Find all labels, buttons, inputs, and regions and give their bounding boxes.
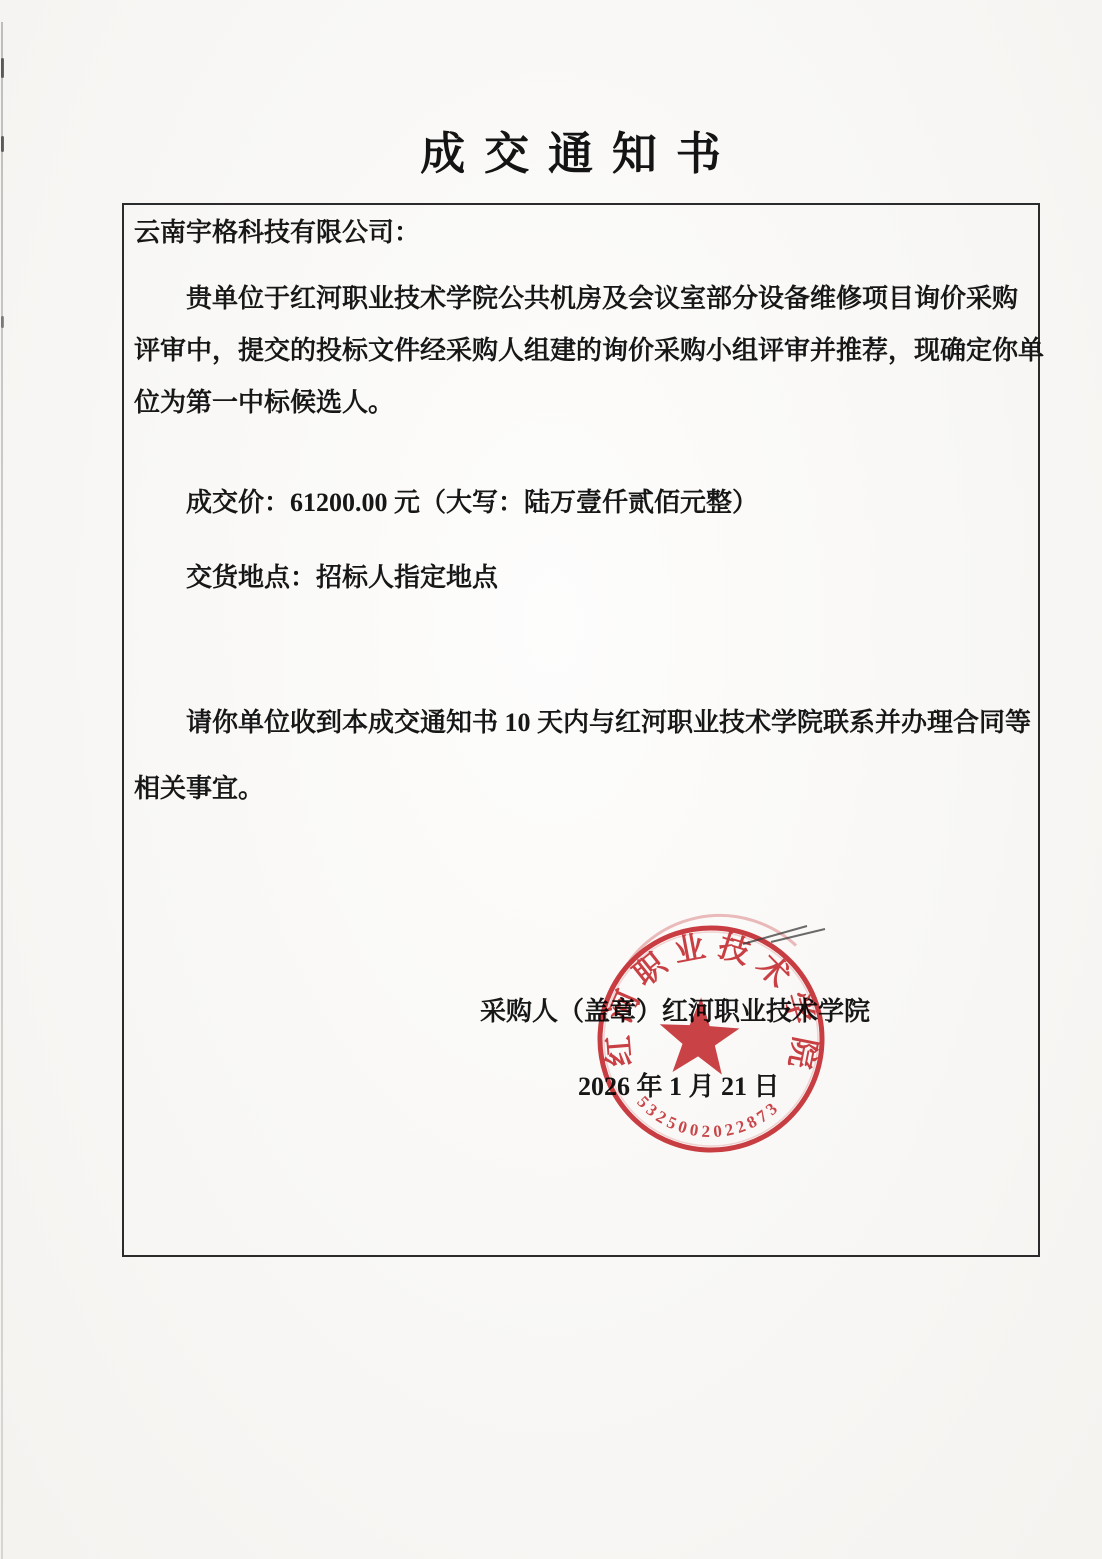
official-seal-graphic: 红河职业技术学院 5325002022873 [593,922,833,1162]
delivery-line: 交货地点：招标人指定地点 [134,552,1028,604]
seal-star-icon [657,995,741,1075]
scan-edge-mark [1,316,4,328]
notice-body-box: 云南宇格科技有限公司： 贵单位于红河职业技术学院公共机房及会议室部分设备维修项目… [122,203,1040,1257]
award-paragraph: 贵单位于红河职业技术学院公共机房及会议室部分设备维修项目询价采购 评审中，提交的… [134,273,1028,429]
official-seal: 红河职业技术学院 5325002022873 [593,922,833,1162]
paragraph-line: 相关事宜。 [134,756,1028,822]
paragraph-line: 评审中，提交的投标文件经采购人组建的询价采购小组评审并推荐，现确定你单 [134,325,1028,377]
paragraph-line: 位为第一中标候选人。 [134,377,1028,429]
scan-edge-shadow [1,22,3,1559]
price-line: 成交价：61200.00 元（大写：陆万壹仟贰佰元整） [134,477,1028,529]
recipient-line: 云南宇格科技有限公司： [134,213,1028,253]
scan-edge-mark [1,58,4,78]
paragraph-line: 贵单位于红河职业技术学院公共机房及会议室部分设备维修项目询价采购 [134,273,1028,325]
notice-paragraph: 请你单位收到本成交通知书 10 天内与红河职业技术学院联系并办理合同等 相关事宜… [134,690,1028,822]
document-title: 成交通知书 [0,122,1102,186]
paragraph-line: 请你单位收到本成交通知书 10 天内与红河职业技术学院联系并办理合同等 [134,690,1028,756]
